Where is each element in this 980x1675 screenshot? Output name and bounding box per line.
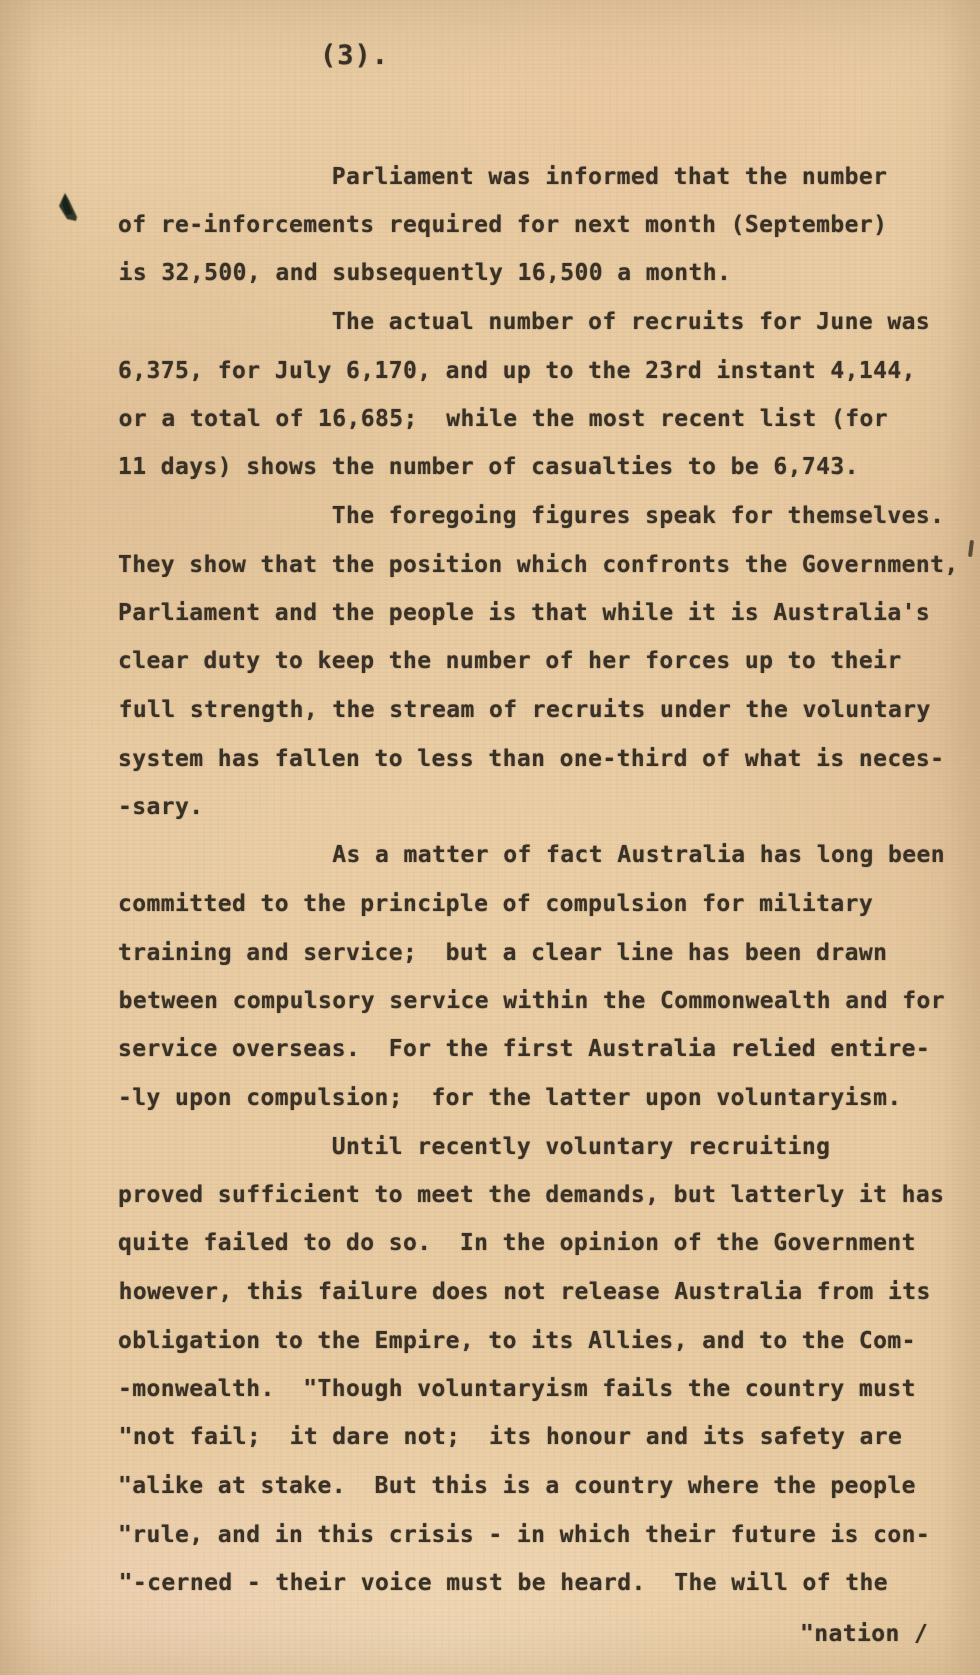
text-line: however, this failure does not release A… — [119, 1268, 960, 1317]
text-line: training and service; but a clear line h… — [118, 929, 959, 978]
text-line: clear duty to keep the number of her for… — [118, 637, 959, 686]
ink-tick-mark — [968, 540, 974, 557]
document-scan-page: (3). Parliament was informed that the nu… — [0, 0, 980, 1675]
arrowhead-ink-mark — [56, 193, 82, 225]
page-number: (3). — [320, 40, 389, 71]
text-line: -sary. — [118, 783, 959, 832]
text-line: or a total of 16,685; while the most rec… — [119, 395, 960, 444]
text-line: They show that the position which confro… — [118, 541, 959, 590]
text-line: As a matter of fact Australia has long b… — [119, 831, 960, 880]
text-line: -ly upon compulsion; for the latter upon… — [118, 1074, 959, 1123]
text-line: proved sufficient to meet the demands, b… — [118, 1171, 959, 1220]
text-line: -monwealth. "Though voluntaryism fails t… — [118, 1365, 959, 1414]
text-line: Parliament and the people is that while … — [118, 589, 959, 638]
text-line: 6,375, for July 6,170, and up to the 23r… — [118, 347, 959, 396]
text-line: "rule, and in this crisis - in which the… — [118, 1511, 959, 1560]
typewritten-text-block: Parliament was informed that the numbero… — [118, 152, 959, 1607]
text-line: committed to the principle of compulsion… — [118, 880, 959, 929]
text-line: of re-inforcements required for next mon… — [118, 201, 959, 250]
text-line: Until recently voluntary recruiting — [118, 1123, 959, 1172]
catchword-nation: "nation / — [800, 1622, 928, 1647]
text-line: "-cerned - their voice must be heard. Th… — [119, 1559, 960, 1608]
text-line: between compulsory service within the Co… — [119, 977, 960, 1026]
text-line: The actual number of recruits for June w… — [118, 298, 959, 347]
text-line: quite failed to do so. In the opinion of… — [118, 1219, 959, 1268]
arrowhead-icon — [56, 193, 82, 225]
text-line: "not fail; it dare not; its honour and i… — [119, 1413, 960, 1462]
text-line: obligation to the Empire, to its Allies,… — [118, 1317, 959, 1366]
text-line: The foregoing figures speak for themselv… — [118, 492, 959, 541]
text-line: is 32,500, and subsequently 16,500 a mon… — [119, 249, 960, 298]
text-line: 11 days) shows the number of casualties … — [118, 443, 959, 492]
text-line: service overseas. For the first Australi… — [118, 1025, 959, 1074]
text-line: "alike at stake. But this is a country w… — [118, 1462, 959, 1511]
text-line: system has fallen to less than one-third… — [118, 735, 959, 784]
text-line: Parliament was informed that the number — [118, 153, 959, 202]
text-line: full strength, the stream of recruits un… — [119, 686, 960, 735]
